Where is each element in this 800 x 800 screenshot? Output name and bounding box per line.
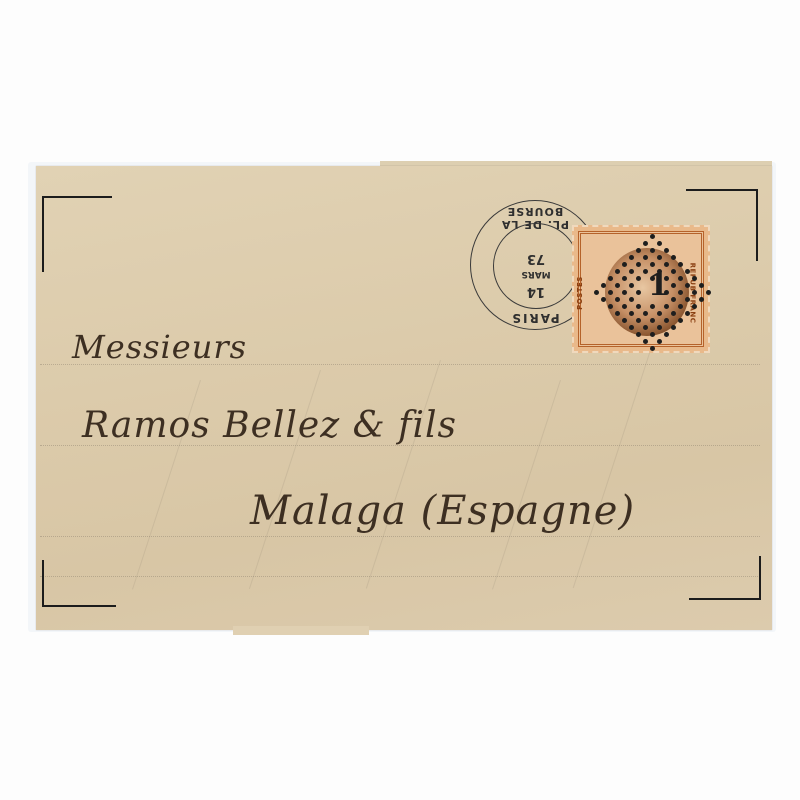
cancel-dot (650, 304, 655, 309)
cancel-dot (622, 262, 627, 267)
cancel-dot (671, 283, 676, 288)
cancel-dot (608, 276, 613, 281)
corner-mark-top-right (686, 189, 756, 191)
cancel-dot (699, 283, 704, 288)
ceres-stamp: POSTES REPUB FRANC (572, 225, 710, 353)
cancel-dot (636, 318, 641, 323)
cancel-dot (699, 297, 704, 302)
cancel-dot (650, 346, 655, 351)
cancel-dot (636, 262, 641, 267)
cancel-dot (692, 290, 697, 295)
cancel-dot (678, 290, 683, 295)
cancel-dot (629, 311, 634, 316)
cancel-dot (643, 255, 648, 260)
cancel-dot (650, 248, 655, 253)
cancel-dot (615, 283, 620, 288)
cancel-dot (657, 255, 662, 260)
cancel-dot (692, 276, 697, 281)
cancel-dot (629, 325, 634, 330)
cancel-dot (643, 311, 648, 316)
cancel-dot (629, 283, 634, 288)
cancel-dot (622, 290, 627, 295)
stamp-frame: POSTES REPUB FRANC (578, 231, 704, 347)
cancel-dot (685, 269, 690, 274)
cancel-dot (608, 290, 613, 295)
cancel-dot (622, 304, 627, 309)
postmark-date: 14 MARS 73 (494, 250, 578, 299)
corner-mark-top-left-vertical (42, 196, 44, 272)
cancel-dot (671, 297, 676, 302)
cancel-dot (643, 325, 648, 330)
stamp-left-inscription: POSTES (576, 276, 584, 310)
postmark-month: MARS (521, 269, 550, 279)
cancel-dot (636, 276, 641, 281)
cancel-dot (622, 318, 627, 323)
cancel-dot (671, 311, 676, 316)
cancel-numeral: 1 (648, 268, 669, 303)
cancel-dot (664, 304, 669, 309)
address-recipient: Ramos Bellez & fils (82, 405, 457, 446)
cancel-dot (657, 339, 662, 344)
cancel-dot (706, 290, 711, 295)
cancel-dot (671, 255, 676, 260)
corner-mark-top-right-vertical (756, 189, 758, 261)
corner-mark-top-left (42, 196, 112, 198)
address-salutation: Messieurs (72, 328, 247, 366)
cancel-dot (629, 269, 634, 274)
cancel-dot (615, 297, 620, 302)
cancel-dot (657, 311, 662, 316)
cancel-dot (671, 269, 676, 274)
cancel-dot (664, 262, 669, 267)
cancel-dot (636, 290, 641, 295)
ceres-head-medallion (605, 248, 689, 336)
cancel-dot (650, 318, 655, 323)
cancel-dot (657, 241, 662, 246)
cancel-dot (608, 304, 613, 309)
cancel-dot (643, 241, 648, 246)
cancel-dot (636, 332, 641, 337)
cancel-dot (636, 304, 641, 309)
cancel-dot (678, 276, 683, 281)
corner-mark-bottom-left (42, 560, 116, 607)
cancel-dot (622, 276, 627, 281)
cancel-dot (594, 290, 599, 295)
cancel-dot (615, 311, 620, 316)
cancel-dot (650, 262, 655, 267)
cancel-dot (650, 234, 655, 239)
cancel-dot (657, 325, 662, 330)
cancel-dot (601, 283, 606, 288)
cancel-dot (629, 255, 634, 260)
cancel-dot (601, 297, 606, 302)
postmark-day: 14 (527, 284, 545, 299)
cancel-dot (650, 332, 655, 337)
cancel-dot (678, 318, 683, 323)
cancel-dot (692, 304, 697, 309)
cancel-dot (678, 304, 683, 309)
cancel-dot (685, 297, 690, 302)
cancel-dot (664, 248, 669, 253)
address-destination: Malaga (Espagne) (250, 488, 635, 534)
cancel-dot (643, 339, 648, 344)
cover-flap-bottom (233, 626, 369, 635)
cancel-dot (685, 311, 690, 316)
cancel-dot (615, 269, 620, 274)
corner-mark-bottom-right (689, 556, 761, 600)
cancel-dot (671, 325, 676, 330)
cancel-dot (678, 262, 683, 267)
cancel-dot (664, 332, 669, 337)
postmark-inner-ring: 14 MARS 73 (493, 223, 579, 309)
cancel-dot (636, 248, 641, 253)
postmark-year: 73 (527, 251, 545, 266)
ruled-line (40, 576, 760, 577)
cancel-dot (685, 283, 690, 288)
cancel-dot (664, 318, 669, 323)
cancel-dot (629, 297, 634, 302)
